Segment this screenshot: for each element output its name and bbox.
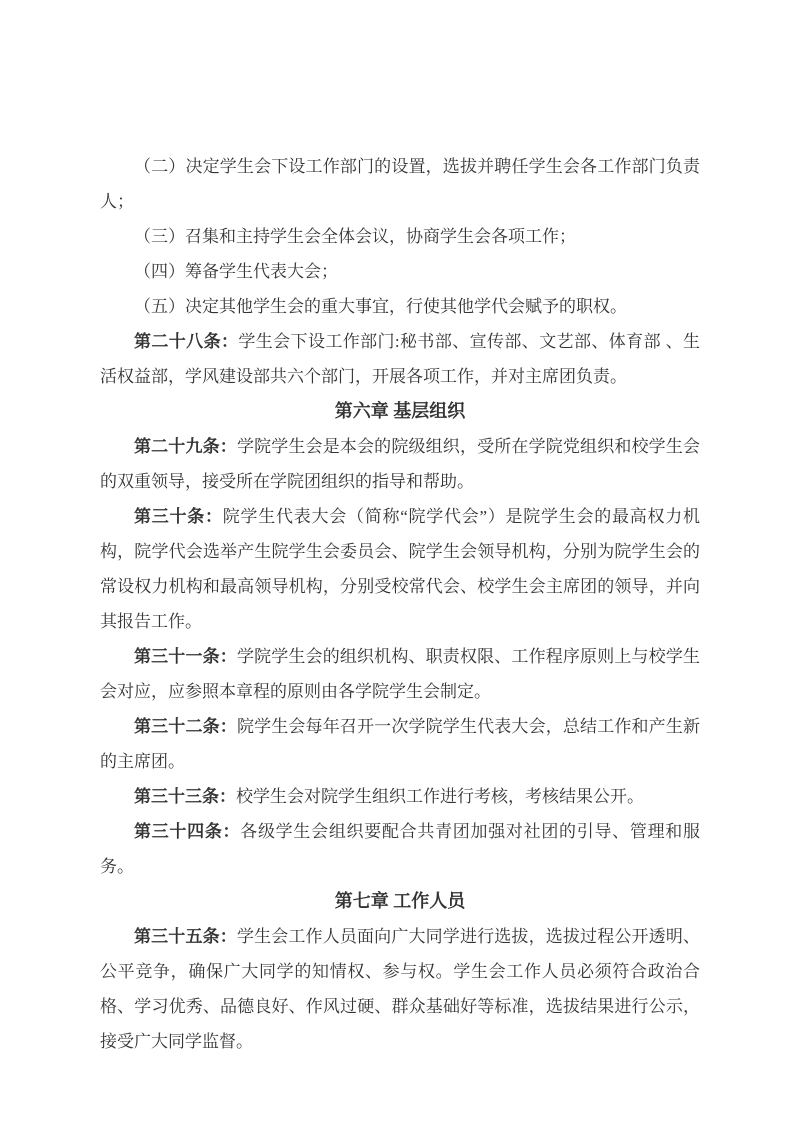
chapter-heading: 第七章 工作人员 <box>100 884 700 919</box>
paragraph-clause: （四）筹备学生代表大会； <box>100 254 700 289</box>
clause-label: 第三十一条： <box>134 647 237 666</box>
clause-text: （四）筹备学生代表大会； <box>134 262 338 281</box>
document-body: （二）决定学生会下设工作部门的设置，选拔并聘任学生会各工作部门负责人；（三）召集… <box>100 149 700 1059</box>
clause-label: 第二十八条： <box>134 332 238 351</box>
clause-label: 第三十条： <box>134 507 223 526</box>
paragraph-clause: 第二十八条：学生会下设工作部门:秘书部、宣传部、文艺部、体育部 、生活权益部，学… <box>100 324 700 394</box>
clause-label: 第三十三条： <box>134 787 236 806</box>
clause-label: 第三十五条： <box>134 927 237 946</box>
paragraph-clause: （三）召集和主持学生会全体会议，协商学生会各项工作； <box>100 219 700 254</box>
paragraph-clause: 第三十五条：学生会工作人员面向广大同学进行选拔，选拔过程公开透明、公平竞争，确保… <box>100 919 700 1059</box>
clause-label: 第三十二条： <box>134 717 237 736</box>
document-page: （二）决定学生会下设工作部门的设置，选拔并聘任学生会各工作部门负责人；（三）召集… <box>0 0 800 1131</box>
clause-text: 校学生会对院学生组织工作进行考核，考核结果公开。 <box>236 787 644 806</box>
paragraph-clause: （五）决定其他学生会的重大事宜，行使其他学代会赋予的职权。 <box>100 289 700 324</box>
clause-text: （三）召集和主持学生会全体会议，协商学生会各项工作； <box>134 227 576 246</box>
paragraph-clause: 第三十条：院学生代表大会（简称“院学代会”）是院学生会的最高权力机构，院学代会选… <box>100 499 700 639</box>
paragraph-clause: （二）决定学生会下设工作部门的设置，选拔并聘任学生会各工作部门负责人； <box>100 149 700 219</box>
chapter-heading: 第六章 基层组织 <box>100 394 700 429</box>
clause-label: 第三十四条： <box>134 822 240 841</box>
paragraph-clause: 第三十一条：学院学生会的组织机构、职责权限、工作程序原则上与校学生会对应，应参照… <box>100 639 700 709</box>
paragraph-clause: 第三十四条：各级学生会组织要配合共青团加强对社团的引导、管理和服务。 <box>100 814 700 884</box>
paragraph-clause: 第二十九条：学院学生会是本会的院级组织，受所在学院党组织和校学生会的双重领导，接… <box>100 429 700 499</box>
clause-text: （二）决定学生会下设工作部门的设置，选拔并聘任学生会各工作部门负责人； <box>100 157 700 211</box>
paragraph-clause: 第三十二条：院学生会每年召开一次学院学生代表大会，总结工作和产生新的主席团。 <box>100 709 700 779</box>
clause-text: （五）决定其他学生会的重大事宜，行使其他学代会赋予的职权。 <box>134 297 627 316</box>
paragraph-clause: 第三十三条：校学生会对院学生组织工作进行考核，考核结果公开。 <box>100 779 700 814</box>
clause-label: 第二十九条： <box>134 437 237 456</box>
